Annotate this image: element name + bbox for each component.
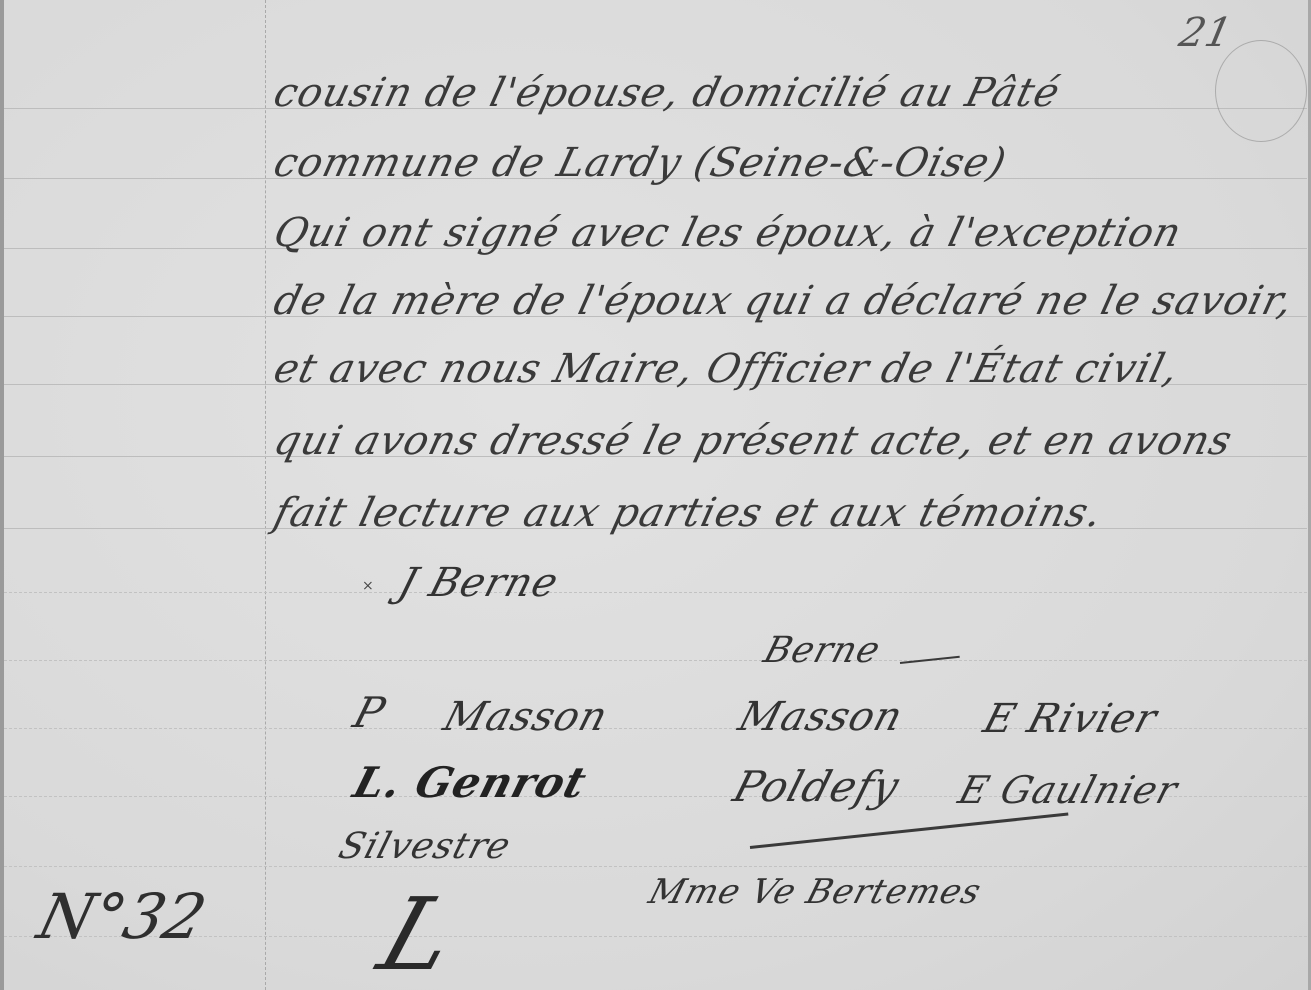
folio-flourish bbox=[1215, 40, 1307, 142]
signature-silvestre: Silvestre bbox=[334, 826, 516, 867]
signature-mme-bertemes: Mme Ve Bertemes bbox=[644, 872, 986, 912]
body-line-2: commune de Lardy (Seine-&-Oise) bbox=[269, 140, 1011, 186]
body-line-4: de la mère de l'époux qui a déclaré ne l… bbox=[269, 278, 1298, 324]
next-act-initial: L bbox=[369, 885, 468, 985]
signature-e-rivier: E Rivier bbox=[978, 696, 1162, 742]
signature-underline bbox=[750, 813, 1069, 849]
signature-poldefy: Poldefy bbox=[728, 762, 905, 811]
page-left-edge bbox=[0, 0, 4, 990]
signature-p: P bbox=[348, 688, 391, 737]
body-line-7: fait lecture aux parties et aux témoins. bbox=[269, 490, 1107, 536]
margin-rule bbox=[265, 0, 266, 990]
document-page: 21 cousin de l'épouse, domicilié au Pâté… bbox=[0, 0, 1311, 990]
ruled-line bbox=[4, 660, 1307, 661]
body-line-5: et avec nous Maire, Officier de l'État c… bbox=[269, 346, 1184, 392]
signature-j-berne: J Berne bbox=[393, 560, 564, 606]
folio-number: 21 bbox=[1175, 10, 1236, 56]
ruled-line bbox=[4, 936, 1307, 937]
signature-berne: Berne bbox=[759, 630, 885, 671]
signature-masson-right: Masson bbox=[733, 694, 908, 740]
signature-l-genrot: L. Genrot bbox=[348, 758, 593, 807]
ruled-line bbox=[4, 866, 1307, 867]
body-line-6: qui avons dressé le présent acte, et en … bbox=[269, 418, 1237, 464]
body-line-1: cousin de l'épouse, domicilié au Pâté bbox=[269, 70, 1065, 116]
body-line-3: Qui ont signé avec les époux, à l'except… bbox=[269, 210, 1186, 256]
signature-e-gaulnier: E Gaulnier bbox=[954, 768, 1183, 812]
act-number: N°32 bbox=[31, 880, 213, 953]
cross-mark: × bbox=[362, 578, 374, 594]
signature-masson-left: Masson bbox=[438, 694, 613, 740]
ruled-line bbox=[4, 592, 1307, 593]
